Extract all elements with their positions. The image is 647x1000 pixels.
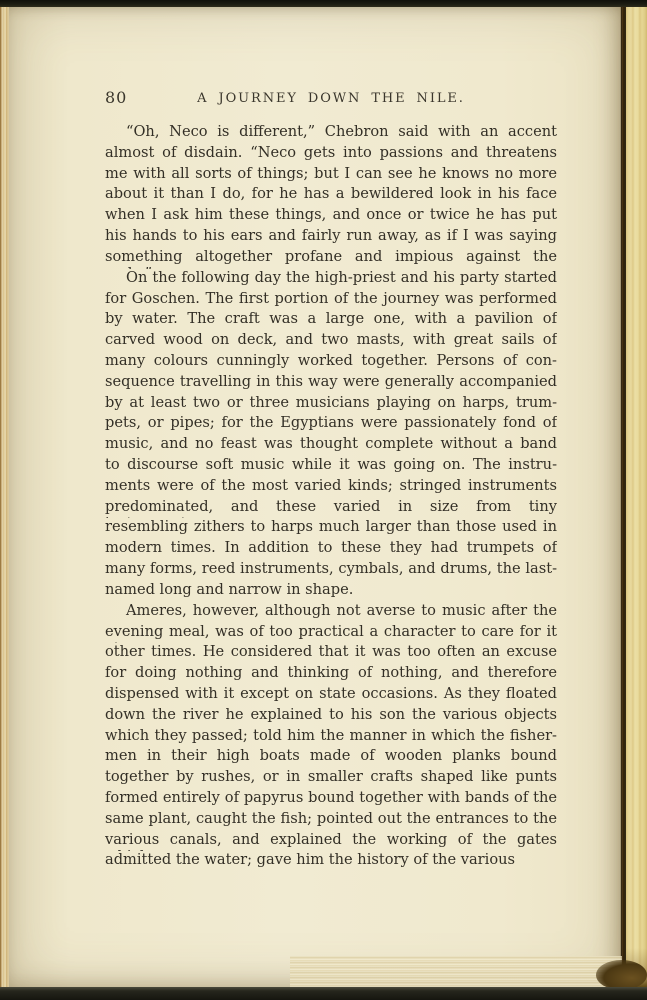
text-line: his hands to his ears and fairly run awa… — [105, 227, 557, 248]
text-line: same plant, caught the fish; pointed out… — [105, 810, 557, 831]
text-line: many forms, reed instruments, cymbals, a… — [105, 560, 557, 581]
paragraph: “Oh, Neco is different,” Chebron said wi… — [105, 123, 557, 269]
text-line: for Goschen. The first portion of the jo… — [105, 290, 557, 311]
text-line: down the river he explained to his son t… — [105, 706, 557, 727]
text-line: to discourse soft music while it was goi… — [105, 456, 557, 477]
text-line: together by rushes, or in smaller crafts… — [105, 768, 557, 789]
text-line: named long and narrow in shape. — [105, 581, 557, 602]
paragraph: Ameres, however, although not averse to … — [105, 602, 557, 873]
text-line: On the following day the high-priest and… — [105, 269, 557, 290]
text-line: about it than I do, for he has a bewilde… — [105, 185, 557, 206]
text-line: Ameres, however, although not averse to … — [105, 602, 557, 623]
page-number: 80 — [105, 88, 127, 107]
text-line: when I ask him these things, and once or… — [105, 206, 557, 227]
text-line: me with all sorts of things; but I can s… — [105, 165, 557, 186]
text-line: music, and no feast was thought complete… — [105, 435, 557, 456]
text-line: other times. He considered that it was t… — [105, 643, 557, 664]
page-edges-bottom — [290, 956, 622, 988]
page-header: 80 A JOURNEY DOWN THE NILE. — [105, 88, 557, 110]
book-cover-top-edge — [0, 0, 647, 7]
text-line: something altogether profane and impious… — [105, 248, 557, 269]
text-line: admitted the water; gave him the history… — [105, 851, 557, 872]
text-line: by at least two or three musicians playi… — [105, 394, 557, 415]
text-line: predominated, and these varied in size f… — [105, 498, 557, 519]
page-edges-right — [626, 5, 647, 988]
running-title: A JOURNEY DOWN THE NILE. — [105, 88, 557, 106]
text-line: resembling zithers to harps much larger … — [105, 518, 557, 539]
text-line: modern times. In addition to these they … — [105, 539, 557, 560]
text-line: evening meal, was of too practical a cha… — [105, 623, 557, 644]
book-cover-bottom-edge — [0, 987, 647, 1000]
book-photo: 80 A JOURNEY DOWN THE NILE. “Oh, Neco is… — [0, 0, 647, 1000]
text-line: various canals, and explained the workin… — [105, 831, 557, 852]
page-corner-shadow — [596, 960, 647, 990]
text-line: “Oh, Neco is different,” Chebron said wi… — [105, 123, 557, 144]
text-line: carved wood on deck, and two masts, with… — [105, 331, 557, 352]
text-line: for doing nothing and thinking of nothin… — [105, 664, 557, 685]
text-line: which they passed; told him the manner i… — [105, 727, 557, 748]
paragraph: On the following day the high-priest and… — [105, 269, 557, 602]
text-line: almost of disdain. “Neco gets into passi… — [105, 144, 557, 165]
text-line: pets, or pipes; for the Egyptians were p… — [105, 414, 557, 435]
text-line: men in their high boats made of wooden p… — [105, 747, 557, 768]
text-block: “Oh, Neco is different,” Chebron said wi… — [105, 123, 557, 872]
book-page: 80 A JOURNEY DOWN THE NILE. “Oh, Neco is… — [9, 6, 621, 988]
text-line: formed entirely of papyrus bound togethe… — [105, 789, 557, 810]
text-line: ments were of the most varied kinds; str… — [105, 477, 557, 498]
text-line: dispensed with it except on state occasi… — [105, 685, 557, 706]
text-line: many colours cunningly worked together. … — [105, 352, 557, 373]
text-line: by water. The craft was a large one, wit… — [105, 310, 557, 331]
text-line: sequence travelling in this way were gen… — [105, 373, 557, 394]
